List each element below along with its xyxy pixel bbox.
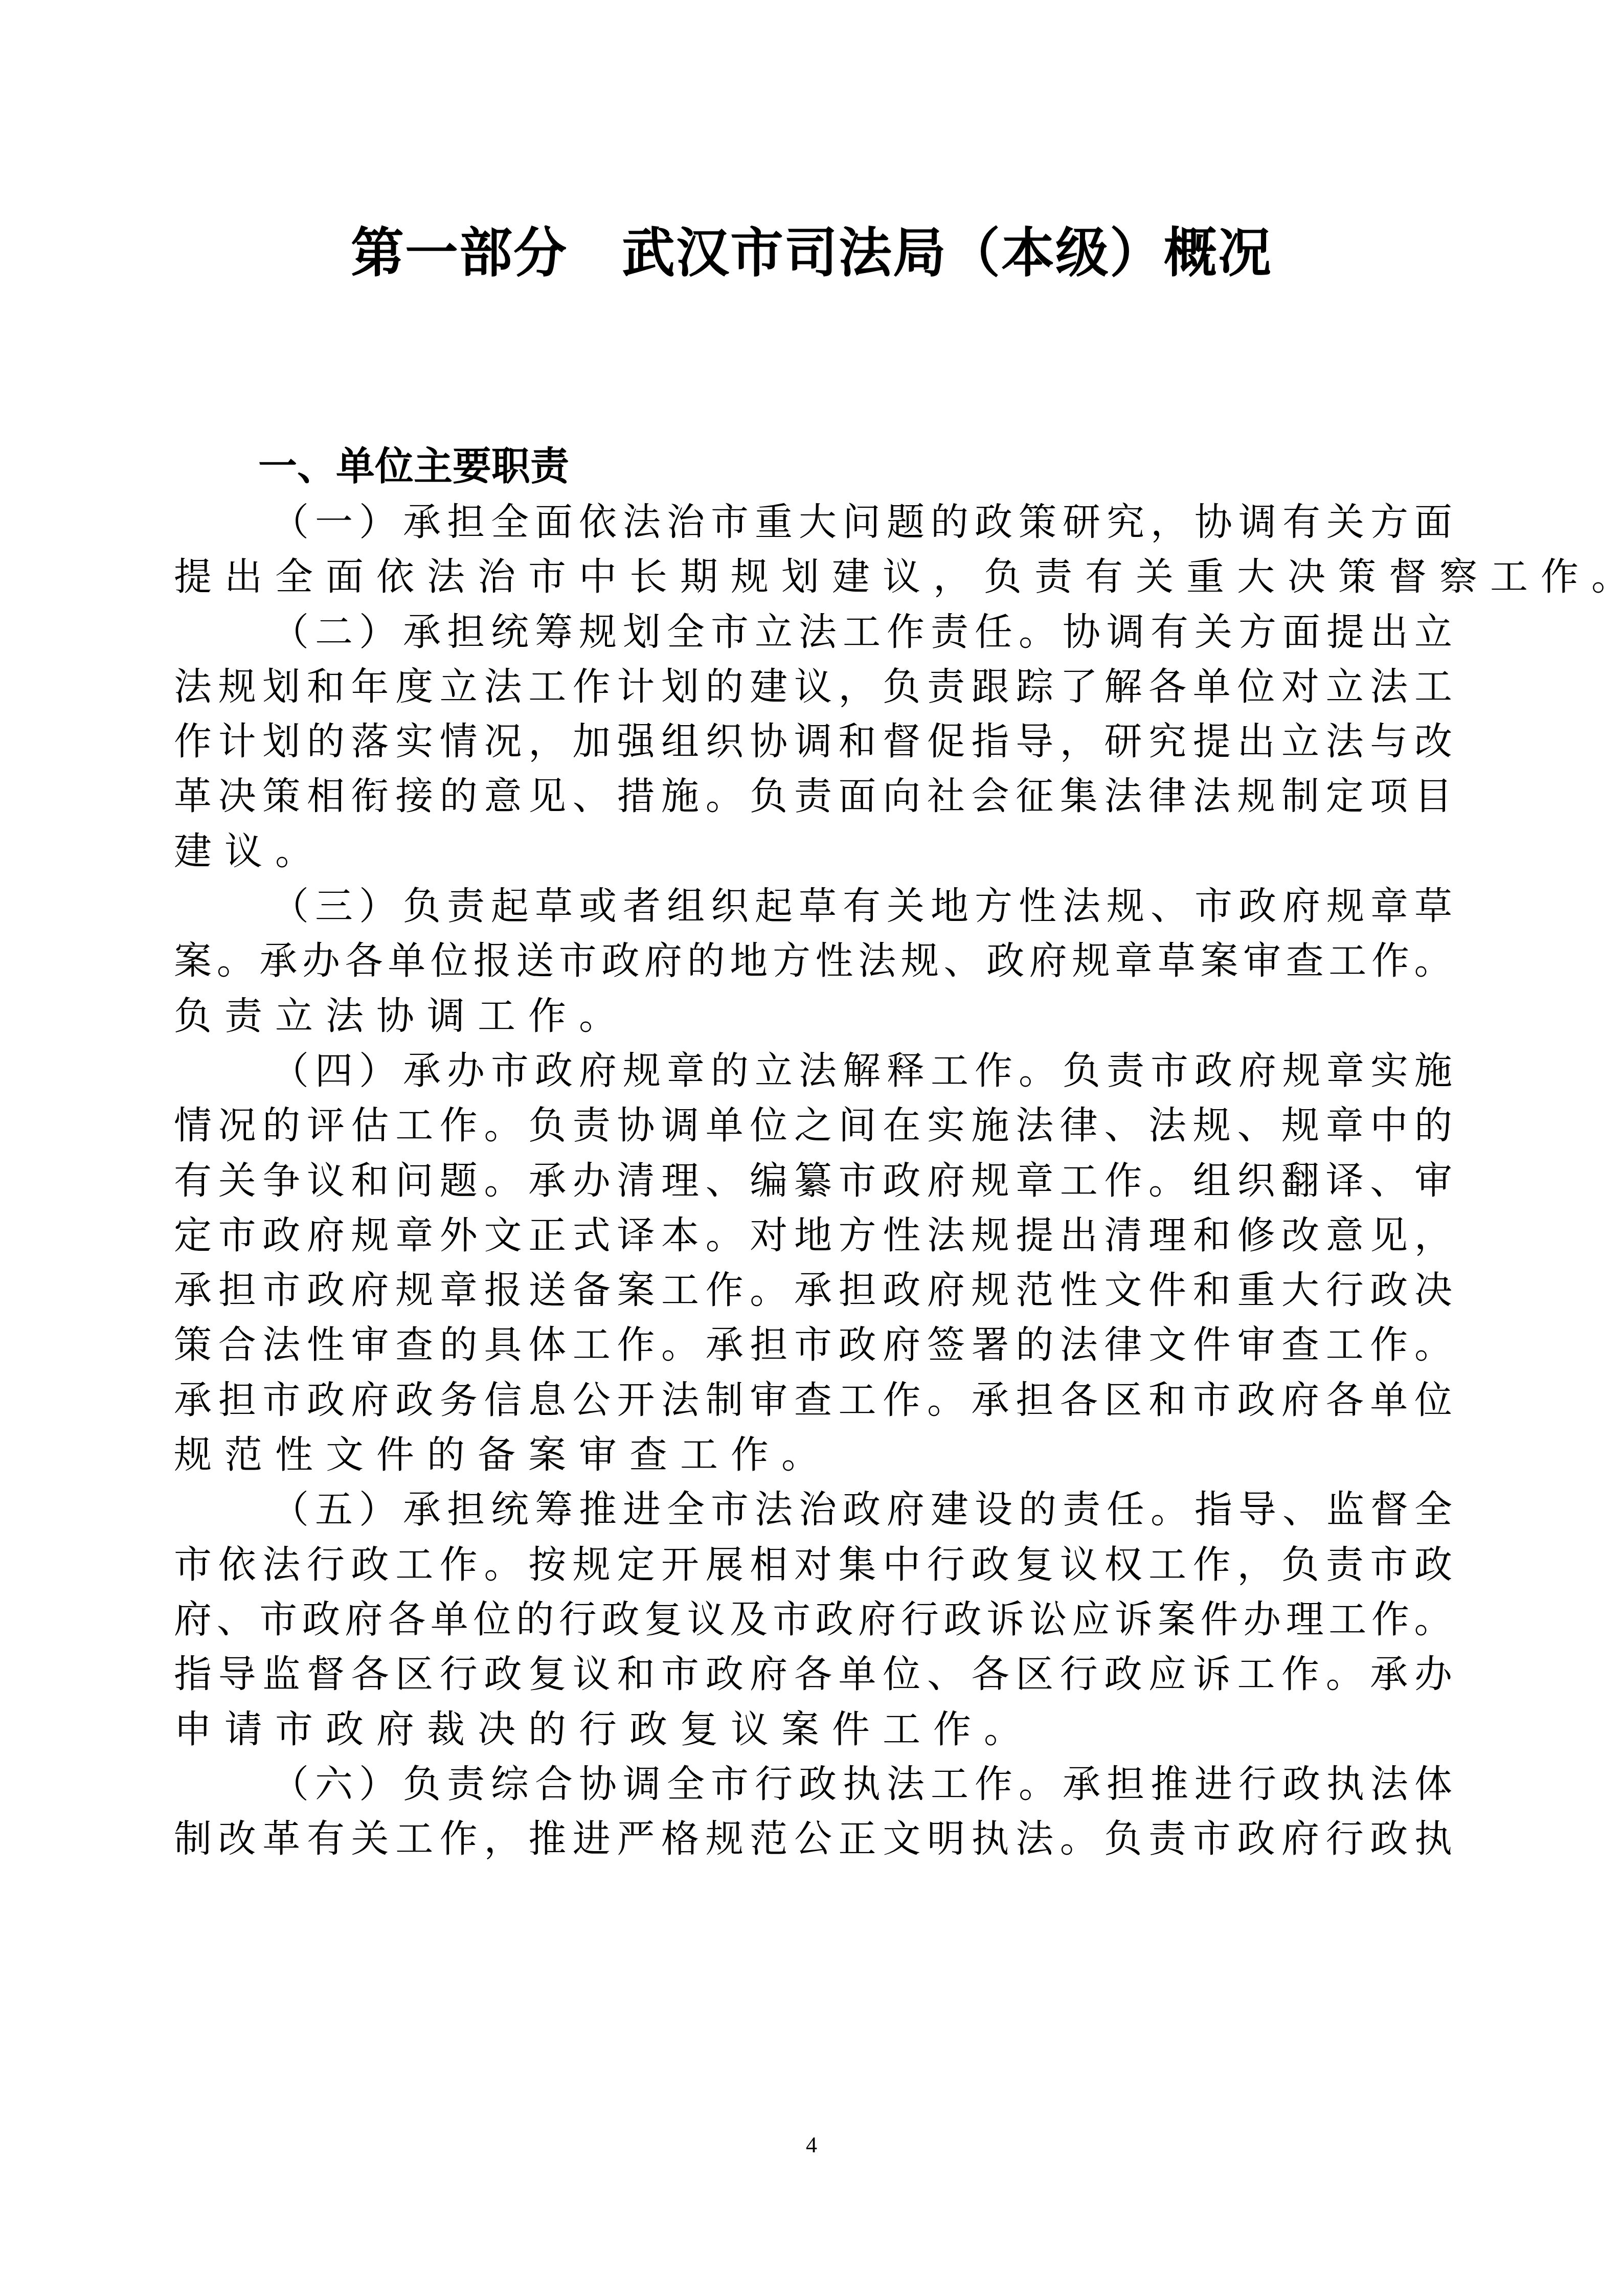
document-page: 第一部分 武汉市司法局（本级）概况 一、单位主要职责 （一）承担全面依法治市重大… xyxy=(0,0,1623,2296)
text-line: 情况的评估工作。负责协调单位之间在实施法律、法规、规章中的 xyxy=(174,1098,1452,1153)
text-line: 负责立法协调工作。 xyxy=(174,989,1452,1044)
paragraph: （三）负责起草或者组织起草有关地方性法规、市政府规章草案。承办各单位报送市政府的… xyxy=(174,879,1452,1044)
text-line: 市依法行政工作。按规定开展相对集中行政复议权工作，负责市政 xyxy=(174,1538,1452,1592)
page-title: 第一部分 武汉市司法局（本级）概况 xyxy=(0,220,1623,286)
section-heading: 一、单位主要职责 xyxy=(258,441,569,492)
text-line: 革决策相衔接的意见、措施。负责面向社会征集法律法规制定项目 xyxy=(174,769,1452,824)
text-line: 案。承办各单位报送市政府的地方性法规、政府规章草案审查工作。 xyxy=(174,934,1452,988)
text-line: 承担市政府规章报送备案工作。承担政府规范性文件和重大行政决 xyxy=(174,1263,1452,1318)
text-line: 府、市政府各单位的行政复议及市政府行政诉讼应诉案件办理工作。 xyxy=(174,1592,1452,1647)
paragraph: （一）承担全面依法治市重大问题的政策研究，协调有关方面提出全面依法治市中长期规划… xyxy=(174,495,1452,605)
text-line: 制改革有关工作，推进严格规范公正文明执法。负责市政府行政执 xyxy=(174,1812,1452,1866)
text-line: 承担市政府政务信息公开法制审查工作。承担各区和市政府各单位 xyxy=(174,1373,1452,1428)
text-line: 提出全面依法治市中长期规划建议，负责有关重大决策督察工作。 xyxy=(174,550,1452,604)
text-line: 定市政府规章外文正式译本。对地方性法规提出清理和修改意见， xyxy=(174,1208,1452,1263)
text-line: 策合法性审查的具体工作。承担市政府签署的法律文件审查工作。 xyxy=(174,1318,1452,1372)
text-line: （六）负责综合协调全市行政执法工作。承担推进行政执法体 xyxy=(174,1757,1452,1812)
text-line: 申请市政府裁决的行政复议案件工作。 xyxy=(174,1702,1452,1757)
text-line: 作计划的落实情况，加强组织协调和督促指导，研究提出立法与改 xyxy=(174,714,1452,769)
text-line: 指导监督各区行政复议和市政府各单位、各区行政应诉工作。承办 xyxy=(174,1647,1452,1702)
paragraph: （四）承办市政府规章的立法解释工作。负责市政府规章实施情况的评估工作。负责协调单… xyxy=(174,1044,1452,1482)
text-line: （一）承担全面依法治市重大问题的政策研究，协调有关方面 xyxy=(174,495,1452,550)
text-line: 有关争议和问题。承办清理、编纂市政府规章工作。组织翻译、审 xyxy=(174,1154,1452,1208)
text-line: （五）承担统筹推进全市法治政府建设的责任。指导、监督全 xyxy=(174,1482,1452,1537)
text-line: 建议。 xyxy=(174,824,1452,879)
paragraph: （五）承担统筹推进全市法治政府建设的责任。指导、监督全市依法行政工作。按规定开展… xyxy=(174,1482,1452,1757)
text-line: 规范性文件的备案审查工作。 xyxy=(174,1428,1452,1482)
text-line: （三）负责起草或者组织起草有关地方性法规、市政府规章草 xyxy=(174,879,1452,934)
paragraph: （二）承担统筹规划全市立法工作责任。协调有关方面提出立法规划和年度立法工作计划的… xyxy=(174,605,1452,879)
document-body: （一）承担全面依法治市重大问题的政策研究，协调有关方面提出全面依法治市中长期规划… xyxy=(174,495,1452,1866)
text-line: （二）承担统筹规划全市立法工作责任。协调有关方面提出立 xyxy=(174,605,1452,660)
paragraph: （六）负责综合协调全市行政执法工作。承担推进行政执法体制改革有关工作，推进严格规… xyxy=(174,1757,1452,1867)
page-number: 4 xyxy=(0,2130,1623,2160)
text-line: 法规划和年度立法工作计划的建议，负责跟踪了解各单位对立法工 xyxy=(174,660,1452,714)
text-line: （四）承办市政府规章的立法解释工作。负责市政府规章实施 xyxy=(174,1044,1452,1098)
